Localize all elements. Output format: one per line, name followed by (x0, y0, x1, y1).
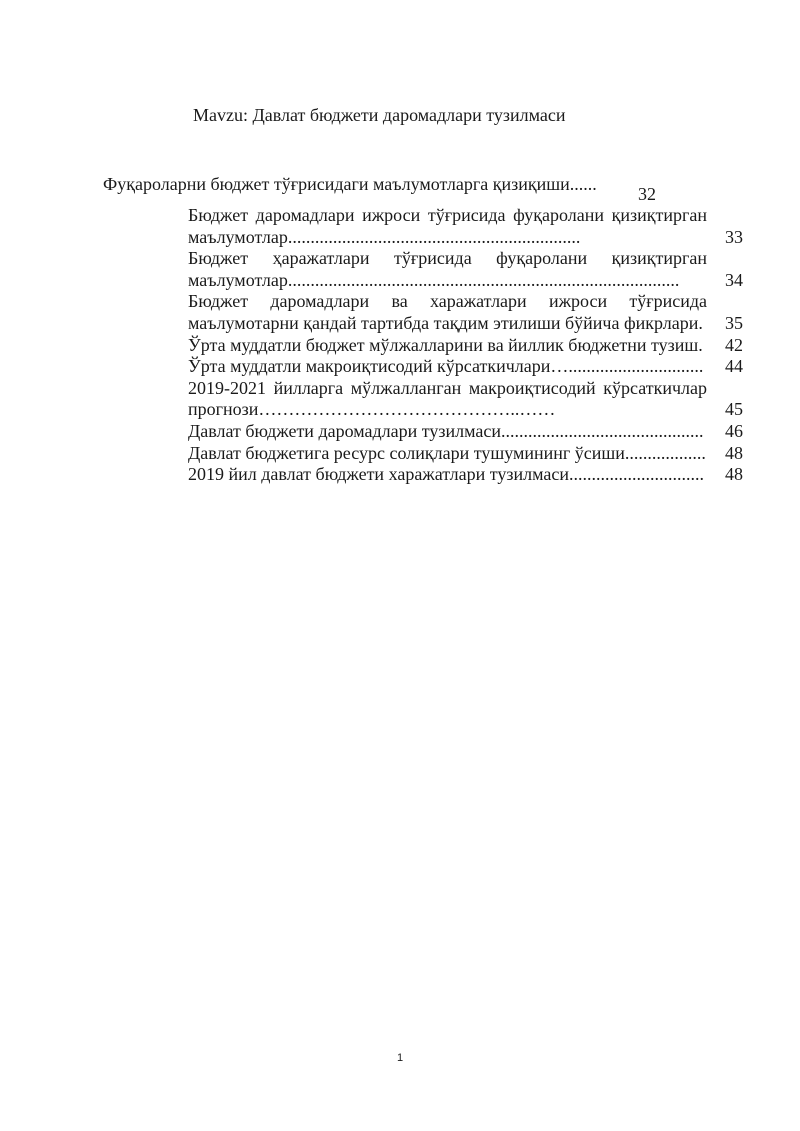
toc-entry-page: 45 (725, 399, 743, 421)
toc-entry-text: Бюджет даромадлари ижроси тўғрисида фуқа… (188, 205, 707, 248)
toc-entry-page: 48 (725, 464, 743, 486)
toc-entry-text: 2019-2021 йилларга мўлжалланган макроиқт… (188, 378, 707, 421)
toc-entry-text: Бюджет ҳаражатлари тўғрисида фуқаролани … (188, 248, 707, 291)
toc-entry: 2019 йил давлат бюджети харажатлари тузи… (188, 464, 743, 486)
toc-entry-page: 35 (725, 313, 743, 335)
toc-entry-heading: Фуқароларни бюджет тўғрисидаги маълумотл… (103, 174, 597, 195)
toc-entry-text: 2019 йил давлат бюджети харажатлари тузи… (188, 464, 707, 486)
toc-entry-page: 34 (725, 270, 743, 292)
toc-entry: Бюджет даромадлари ва харажатлари ижроси… (188, 291, 743, 334)
toc-entry-page: 46 (725, 421, 743, 443)
toc-entry-text: Давлат бюджети даромадлари тузилмаси....… (188, 421, 707, 443)
page-number: 1 (0, 1052, 800, 1064)
document-title: Mavzu: Давлат бюджети даромадлари тузилм… (193, 105, 565, 126)
toc-entry: Давлат бюджети даромадлари тузилмаси....… (188, 421, 743, 443)
toc-entry: Бюджет даромадлари ижроси тўғрисида фуқа… (188, 205, 743, 248)
toc-entry: Давлат бюджетига ресурс солиқлари тушуми… (188, 443, 743, 465)
toc-entry: Ўрта муддатли бюджет мўлжалларини ва йил… (188, 335, 743, 357)
toc-entry-page: 42 (725, 335, 743, 357)
toc-entry-heading-page: 32 (638, 184, 656, 205)
toc-entry: Ўрта муддатли макроиқтисодий кўрсаткичла… (188, 356, 743, 378)
toc-entry-page: 33 (725, 227, 743, 249)
toc-entry-page: 48 (725, 443, 743, 465)
toc-entry: Бюджет ҳаражатлари тўғрисида фуқаролани … (188, 248, 743, 291)
toc-entry-text: Бюджет даромадлари ва харажатлари ижроси… (188, 291, 707, 334)
toc-entry-text: Ўрта муддатли макроиқтисодий кўрсаткичла… (188, 356, 707, 378)
toc-entry-page: 44 (725, 356, 743, 378)
toc-entry-text: Ўрта муддатли бюджет мўлжалларини ва йил… (188, 335, 707, 357)
table-of-contents: Бюджет даромадлари ижроси тўғрисида фуқа… (188, 205, 743, 486)
toc-entry-text: Давлат бюджетига ресурс солиқлари тушуми… (188, 443, 707, 465)
toc-entry: 2019-2021 йилларга мўлжалланган макроиқт… (188, 378, 743, 421)
